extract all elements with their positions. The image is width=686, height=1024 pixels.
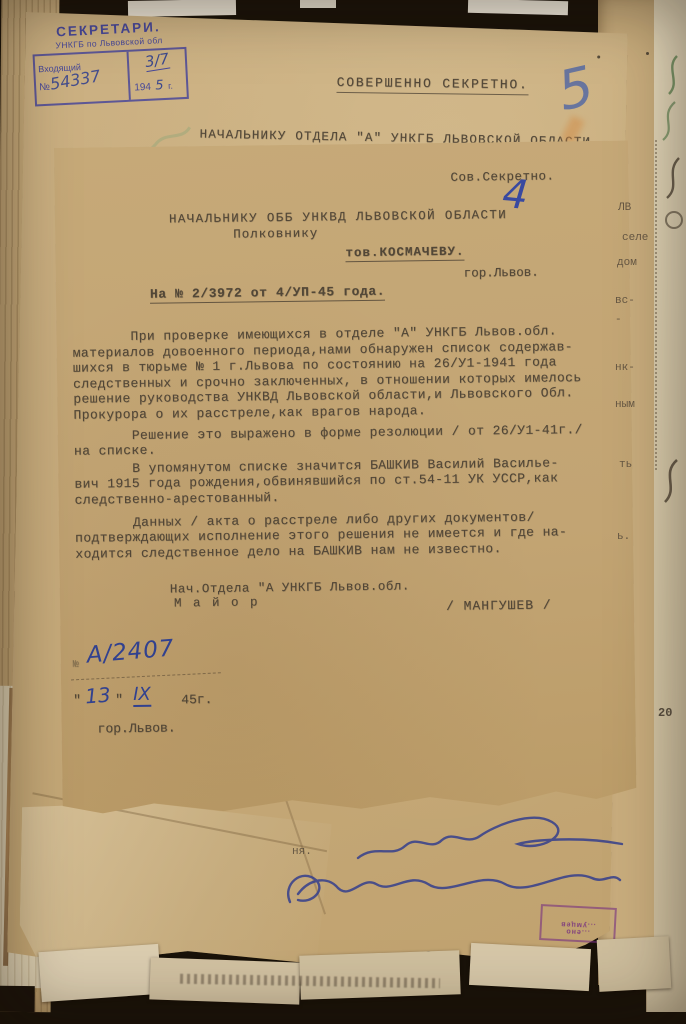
letter-addressee-name: тов.КОСМАЧЕВУ. <box>345 245 464 263</box>
incoming-no-sign: № <box>39 82 50 94</box>
torn-paper-piece <box>299 950 460 1000</box>
stamp-year-handwritten: 5 <box>155 78 164 93</box>
margin-fragment: ть <box>619 459 632 471</box>
margin-fragment: селе <box>622 232 648 244</box>
outgoing-no-sign: № <box>73 660 79 671</box>
date-quote-open: " <box>73 693 81 708</box>
signature-rank: М а й о р <box>174 595 260 610</box>
margin-fragment: ным <box>615 399 635 411</box>
letter-addressee-line2: Полковнику <box>233 227 318 242</box>
outgoing-number-handwritten: А/2407 <box>86 635 176 668</box>
page-number-fragment: 20 <box>658 706 672 720</box>
date-month-handwritten: ІХ <box>133 684 151 707</box>
stamp-year-suffix: г. <box>168 81 173 91</box>
paragraph-3: В упомянутом списке значится БАШКИВ Васи… <box>74 454 631 508</box>
torn-paper-piece <box>597 936 672 992</box>
archival-document-photo: 20 СЕКРЕТАРИ. УНКГБ по Львовской обл Вхо… <box>0 0 686 1024</box>
stamp-box: Входящий № 54337 3/7 194 5 г. <box>33 47 189 107</box>
paper-scrap <box>128 0 236 17</box>
classification: Сов.Секретно. <box>450 169 554 184</box>
reference-line: На № 2/3972 от 4/УП-45 года. <box>150 284 385 304</box>
margin-fragment: вс- <box>615 295 635 307</box>
top-secret-heading: СОВЕРШЕННО СЕКРЕТНО. <box>337 75 529 96</box>
paragraph-4: Данных / акта о расстреле либо других до… <box>75 508 632 562</box>
margin-fragment: - <box>615 314 622 326</box>
purple-verification-stamp: ...ено ...умцев <box>539 904 617 944</box>
letter-sheet: Сов.Секретно. 4 НАЧАЛЬНИКУ ОББ УНКВД ЛЬВ… <box>54 140 637 813</box>
letter-addressee-line1: НАЧАЛЬНИКУ ОББ УНКВД ЛЬВОВСКОЙ ОБЛАСТИ <box>169 208 507 226</box>
ink-dot <box>646 52 649 55</box>
torn-paper-piece <box>38 944 161 1002</box>
date-quote-close: " <box>115 692 123 707</box>
date-year-typed: 45г. <box>181 692 212 707</box>
torn-paper-piece <box>469 943 591 991</box>
paper-scrap <box>468 0 568 15</box>
margin-fragment: нк- <box>615 362 635 374</box>
paragraph-2: Решение это выражено в форме резолюции /… <box>74 421 630 459</box>
handwritten-endorsement-signature <box>280 806 630 911</box>
stamp-date-cell: 3/7 194 5 г. <box>129 49 187 100</box>
stamp-incoming-cell: Входящий № 54337 <box>35 52 131 105</box>
margin-fragment: дом <box>617 257 637 269</box>
letter-city: гор.Львов. <box>464 266 539 281</box>
secretariat-stamp: СЕКРЕТАРИ. УНКГБ по Львовской обл Входящ… <box>31 18 189 107</box>
stamp-year-printed: 194 <box>134 82 151 94</box>
paper-scrap <box>300 0 336 8</box>
signature-title: Нач.Отдела "А УНКГБ Львов.обл. <box>170 579 410 596</box>
margin-fragment: ь. <box>617 531 630 543</box>
letter-body: При проверке имеющихся в отделе "А" УНКГ… <box>72 322 631 562</box>
letter-city-bottom: гор.Львов. <box>98 720 176 736</box>
dashed-underline <box>71 672 221 680</box>
date-day-handwritten: 13 <box>84 682 111 708</box>
date-fraction-handwritten: 3/7 <box>144 50 171 72</box>
paragraph-1: При проверке имеющихся в отделе "А" УНКГ… <box>72 322 629 423</box>
pencil-page-number: 5 <box>552 54 600 123</box>
margin-fragment: ЛВ <box>618 202 631 214</box>
signature-name: / МАНГУШЕВ / <box>446 598 552 614</box>
ink-dot <box>597 55 600 58</box>
dark-corner <box>0 986 35 1012</box>
